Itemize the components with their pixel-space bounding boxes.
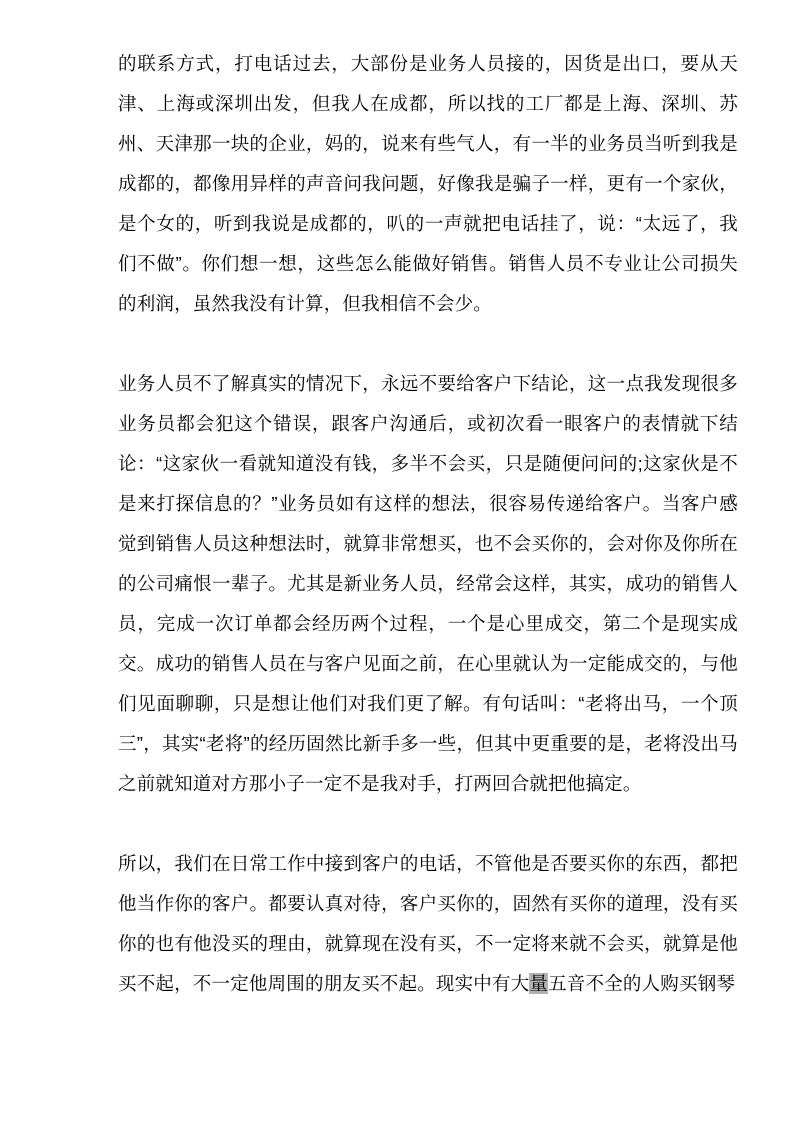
paragraph-3-text-after-highlight: 五音不全的人购买钢琴 (548, 973, 735, 994)
document-page: { "page": { "background": "#ffffff", "te… (0, 0, 793, 1122)
paragraph-2-text: 业务人员不了解真实的情况下，永远不要给客户下结论，这一点我发现很多业务员都会犯这… (118, 373, 738, 794)
text-block: 的联系方式，打电话过去，大部份是业务人员接的，因货是出口，要从天津、上海或深圳出… (118, 44, 738, 1004)
highlighted-character: 量 (529, 973, 548, 994)
paragraph-1: 的联系方式，打电话过去，大部份是业务人员接的，因货是出口，要从天津、上海或深圳出… (118, 44, 738, 324)
paragraph-3: 所以，我们在日常工作中接到客户的电话，不管他是否要买你的东西，都把他当作你的客户… (118, 844, 738, 1004)
paragraph-1-text: 的联系方式，打电话过去，大部份是业务人员接的，因货是出口，要从天津、上海或深圳出… (118, 53, 738, 314)
paragraph-2: 业务人员不了解真实的情况下，永远不要给客户下结论，这一点我发现很多业务员都会犯这… (118, 364, 738, 804)
